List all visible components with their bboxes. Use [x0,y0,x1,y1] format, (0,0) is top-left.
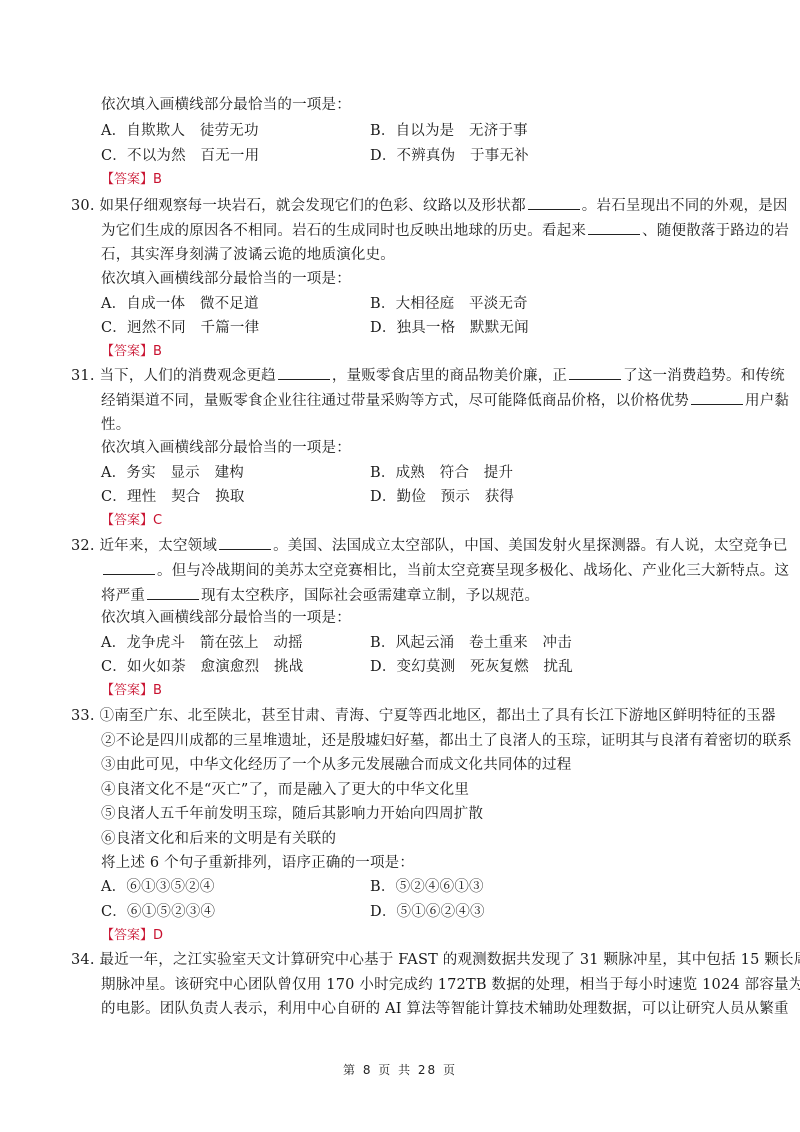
fill-blank [219,535,271,550]
fill-blank [569,365,621,380]
question-31-line-2: 经销渠道不同，量贩零食企业往往通过带量采购等方式，尽可能降低商品价格，以价格优势… [101,390,789,411]
question-prompt: 依次填入画横线部分最恰当的一项是： [101,438,351,458]
fill-blank [588,220,640,235]
fill-blank [278,365,330,380]
question-33-sentence-6: ⑥良渚文化和后来的文明是有关联的 [101,829,336,849]
option-b: B．自以为是 无济于事 [370,121,528,141]
question-32-line-3: 将严重现有太空秩序，国际社会亟需建章立制，予以规范。 [101,585,539,606]
option-b: B．⑤②④⑥①③ [370,877,484,897]
exam-page: 依次填入画横线部分最恰当的一项是： A．自欺欺人 徒劳无功 B．自以为是 无济于… [0,0,800,1132]
question-33-sentence-2: ②不论是四川成都的三星堆遗址，还是殷墟妇好墓，都出土了良渚人的玉琮，证明其与良渚… [101,731,792,751]
option-c: C．⑥①⑤②③④ [101,902,215,922]
option-d: D．变幻莫测 死灰复燃 扰乱 [370,657,573,677]
question-32-line-1: 32. 近年来，太空领域。美国、法国成立太空部队，中国、美国发射火星探测器。有人… [71,535,788,556]
option-b: B．风起云涌 卷土重来 冲击 [370,633,572,653]
question-31-line-3: 性。 [101,415,130,435]
option-a: A．务实 显示 建构 [101,463,244,483]
question-34-line-3: 的电影。团队负责人表示，利用中心自研的 AI 算法等智能计算技术辅助处理数据，可… [101,999,789,1019]
answer-label: 【答案】B [101,342,162,362]
question-33-sentence-3: ③由此可见，中华文化经历了一个从多元发展融合而成文化共同体的过程 [101,755,571,775]
question-30-line-3: 石，其实浑身刻满了波谲云诡的地质演化史。 [101,245,395,265]
question-prompt: 依次填入画横线部分最恰当的一项是： [101,608,351,628]
page-number: 第 8 页 共 28 页 [0,1061,800,1078]
question-prompt: 依次填入画横线部分最恰当的一项是： [101,95,351,115]
option-b: B．大相径庭 平淡无奇 [370,294,528,314]
question-33-sentence-4: ④良渚文化不是“灭亡”了，而是融入了更大的中华文化里 [101,780,469,800]
question-prompt: 将上述 6 个句子重新排列，语序正确的一项是： [101,853,414,873]
option-c: C．迥然不同 千篇一律 [101,318,259,338]
question-34-line-1: 34. 最近一年，之江实验室天文计算研究中心基于 FAST 的观测数据共发现了 … [71,950,800,970]
option-a: A．龙争虎斗 箭在弦上 动摇 [101,633,303,653]
option-c: C．理性 契合 换取 [101,487,245,507]
option-d: D．勤俭 预示 获得 [370,487,514,507]
fill-blank [103,560,155,575]
question-32-line-2: 。但与冷战期间的美苏太空竞赛相比，当前太空竞赛呈现多极化、战场化、产业化三大新特… [101,560,789,581]
question-34-line-2: 期脉冲星。该研究中心团队曾仅用 170 小时完成约 172TB 数据的处理，相当… [101,975,800,995]
question-30-line-2: 为它们生成的原因各不相同。岩石的生成同时也反映出地球的历史。看起来、随便散落于路… [101,220,789,241]
fill-blank [528,195,580,210]
question-31-line-1: 31. 当下，人们的消费观念更趋，量贩零食店里的商品物美价廉，正了这一消费趋势。… [71,365,785,386]
option-d: D．不辨真伪 于事无补 [370,146,529,166]
fill-blank [691,390,743,405]
fill-blank [147,585,199,600]
option-d: D．⑤①⑥②④③ [370,902,485,922]
question-30-line-1: 30. 如果仔细观察每一块岩石，就会发现它们的色彩、纹路以及形状都。岩石呈现出不… [71,195,788,216]
question-33-sentence-1: 33. ①南至广东、北至陕北，甚至甘肃、青海、宁夏等西北地区，都出土了具有长江下… [71,706,776,726]
option-a: A．自欺欺人 徒劳无功 [101,121,259,141]
question-33-sentence-5: ⑤良渚人五千年前发明玉琮，随后其影响力开始向四周扩散 [101,804,483,824]
option-a: A．自成一体 微不足道 [101,294,259,314]
answer-label: 【答案】B [101,170,162,190]
option-b: B．成熟 符合 提升 [370,463,513,483]
option-d: D．独具一格 默默无闻 [370,318,529,338]
option-c: C．如火如荼 愈演愈烈 挑战 [101,657,303,677]
answer-label: 【答案】B [101,681,162,701]
question-prompt: 依次填入画横线部分最恰当的一项是： [101,269,351,289]
option-c: C．不以为然 百无一用 [101,146,259,166]
answer-label: 【答案】D [101,926,163,946]
option-a: A．⑥①③⑤②④ [101,877,215,897]
answer-label: 【答案】C [101,511,162,531]
